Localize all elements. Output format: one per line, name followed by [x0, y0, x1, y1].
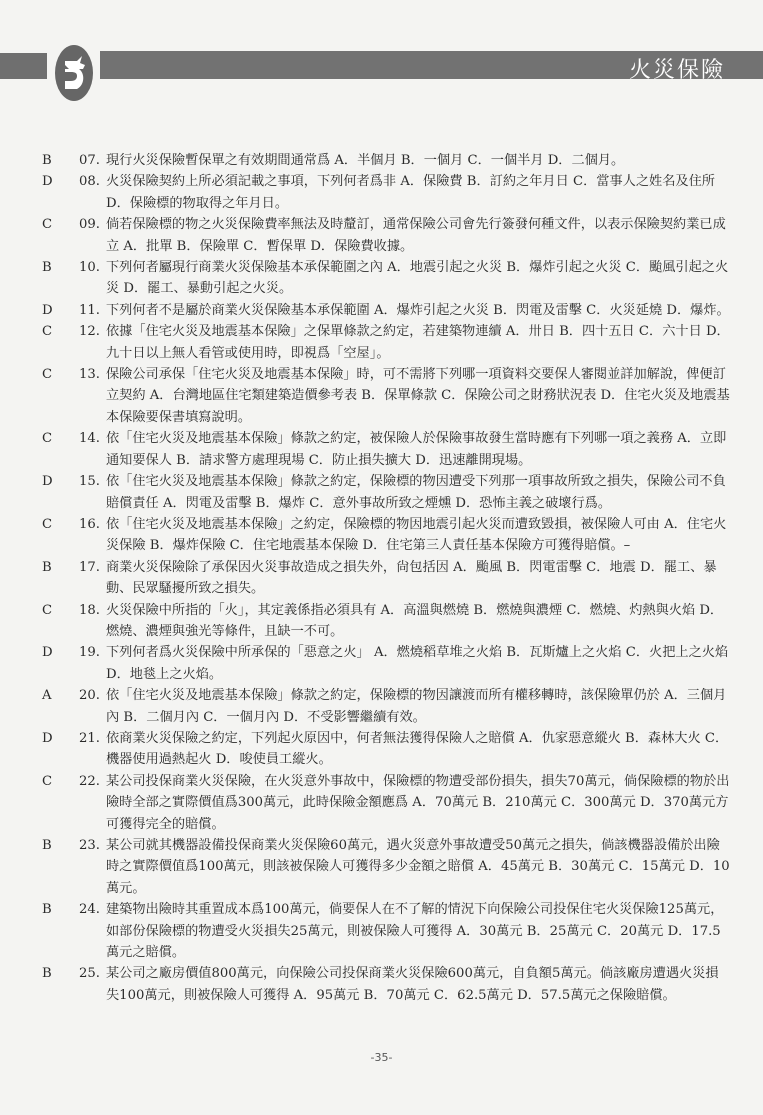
answer-key: A: [40, 685, 79, 728]
question-text: 依「住宅火災及地震基本保險」條款之約定，保險標的物因遭受下列那一項事故所致之損失…: [106, 471, 730, 514]
header-bar-main: 火災保險: [100, 51, 763, 79]
header-bar-left: [0, 53, 47, 79]
question-number: 25.: [79, 963, 106, 1006]
question-text: 依「住宅火災及地震基本保險」條款之約定，保險標的物因讓渡而所有權移轉時，該保險單…: [106, 685, 730, 728]
answer-key: B: [40, 257, 79, 300]
question-text: 建築物出險時其重置成本爲100萬元，倘要保人在不了解的情況下向保險公司投保住宅火…: [106, 899, 730, 963]
question-number: 20.: [79, 685, 106, 728]
answer-key: D: [40, 728, 79, 771]
answer-key: C: [40, 321, 79, 364]
answer-key: C: [40, 600, 79, 643]
question-item: B17.商業火災保險除了承保因火災事故造成之損失外，尙包括因 A．颱風 B．閃電…: [40, 557, 730, 600]
question-number: 16.: [79, 514, 106, 557]
question-item: C13.保險公司承保「住宅火災及地震基本保險」時，可不需將下列哪一項資料交要保人…: [40, 364, 730, 428]
question-number: 21.: [79, 728, 106, 771]
question-text: 依商業火災保險之約定，下列起火原因中，何者無法獲得保險人之賠償 A．仇家惡意縱火…: [106, 728, 730, 771]
question-item: D08.火災保險契約上所必須記載之事項，下列何者爲非 A．保險費 B．訂約之年月…: [40, 171, 730, 214]
answer-key: B: [40, 150, 79, 171]
question-text: 商業火災保險除了承保因火災事故造成之損失外，尙包括因 A．颱風 B．閃電雷擊 C…: [106, 557, 730, 600]
question-item: C09.倘若保險標的物之火災保險費率無法及時釐訂，通常保險公司會先行簽發何種文件…: [40, 214, 730, 257]
question-number: 17.: [79, 557, 106, 600]
question-number: 09.: [79, 214, 106, 257]
question-text: 下列何者不是屬於商業火災保險基本承保範圍 A．爆炸引起之火災 B．閃電及雷擊 C…: [106, 300, 730, 321]
question-number: 22.: [79, 771, 106, 835]
question-item: B25.某公司之廠房價值800萬元，向保險公司投保商業火災保險600萬元，自負額…: [40, 963, 730, 1006]
question-number: 13.: [79, 364, 106, 428]
question-item: D11.下列何者不是屬於商業火災保險基本承保範圍 A．爆炸引起之火災 B．閃電及…: [40, 300, 730, 321]
answer-key: B: [40, 557, 79, 600]
question-text: 依「住宅火災及地震基本保險」之約定，保險標的物因地震引起火災而遭致毀損，被保險人…: [106, 514, 730, 557]
question-item: B23.某公司就其機器設備投保商業火災保險60萬元，遇火災意外事故遭受50萬元之…: [40, 835, 730, 899]
question-text: 下列何者屬現行商業火災保險基本承保範圍之內 A．地震引起之火災 B．爆炸引起之火…: [106, 257, 730, 300]
question-number: 07.: [79, 150, 106, 171]
question-item: A20.依「住宅火災及地震基本保險」條款之約定，保險標的物因讓渡而所有權移轉時，…: [40, 685, 730, 728]
question-item: C12.依據「住宅火災及地震基本保險」之保單條款之約定，若建築物連續 A．卅日 …: [40, 321, 730, 364]
question-text: 某公司投保商業火災保險，在火災意外事故中，保險標的物遭受部份損失，損失70萬元，…: [106, 771, 730, 835]
question-number: 12.: [79, 321, 106, 364]
question-text: 某公司就其機器設備投保商業火災保險60萬元，遇火災意外事故遭受50萬元之損失，倘…: [106, 835, 730, 899]
question-item: B10.下列何者屬現行商業火災保險基本承保範圍之內 A．地震引起之火災 B．爆炸…: [40, 257, 730, 300]
question-number: 14.: [79, 428, 106, 471]
question-list: B07.現行火災保險暫保單之有效期間通常爲 A．半個月 B．一個月 C．一個半月…: [40, 150, 730, 1006]
question-item: D19.下列何者爲火災保險中所承保的「惡意之火」 A．燃燒稻草堆之火焰 B．瓦斯…: [40, 642, 730, 685]
question-text: 依「住宅火災及地震基本保險」條款之約定，被保險人於保險事故發生當時應有下列哪一項…: [106, 428, 730, 471]
question-number: 11.: [79, 300, 106, 321]
document-page: 火災保險 B07.現行火災保險暫保單之有效期間通常爲 A．半個月 B．一個月 C…: [0, 0, 763, 1115]
question-item: B24.建築物出險時其重置成本爲100萬元，倘要保人在不了解的情況下向保險公司投…: [40, 899, 730, 963]
question-text: 下列何者爲火災保險中所承保的「惡意之火」 A．燃燒稻草堆之火焰 B．瓦斯爐上之火…: [106, 642, 730, 685]
question-number: 23.: [79, 835, 106, 899]
page-header: 火災保險: [0, 45, 763, 87]
answer-key: D: [40, 471, 79, 514]
question-item: D15.依「住宅火災及地震基本保險」條款之約定，保險標的物因遭受下列那一項事故所…: [40, 471, 730, 514]
question-text: 依據「住宅火災及地震基本保險」之保單條款之約定，若建築物連續 A．卅日 B．四十…: [106, 321, 730, 364]
question-number: 08.: [79, 171, 106, 214]
question-number: 19.: [79, 642, 106, 685]
question-item: C18.火災保險中所指的「火」，其定義係指必須具有 A．高溫與燃燒 B．燃燒與濃…: [40, 600, 730, 643]
question-text: 某公司之廠房價值800萬元，向保險公司投保商業火災保險600萬元，自負額5萬元。…: [106, 963, 730, 1006]
answer-key: D: [40, 300, 79, 321]
question-item: C22.某公司投保商業火災保險，在火災意外事故中，保險標的物遭受部份損失，損失7…: [40, 771, 730, 835]
answer-key: C: [40, 364, 79, 428]
answer-key: D: [40, 642, 79, 685]
question-number: 10.: [79, 257, 106, 300]
question-text: 火災保險契約上所必須記載之事項，下列何者爲非 A．保險費 B．訂約之年月日 C．…: [106, 171, 730, 214]
question-number: 24.: [79, 899, 106, 963]
question-number: 15.: [79, 471, 106, 514]
section-title: 火災保險: [629, 53, 725, 84]
question-item: D21.依商業火災保險之約定，下列起火原因中，何者無法獲得保險人之賠償 A．仇家…: [40, 728, 730, 771]
question-text: 現行火災保險暫保單之有效期間通常爲 A．半個月 B．一個月 C．一個半月 D．二…: [106, 150, 730, 171]
question-text: 保險公司承保「住宅火災及地震基本保險」時，可不需將下列哪一項資料交要保人審閱並詳…: [106, 364, 730, 428]
answer-key: C: [40, 514, 79, 557]
answer-key: C: [40, 214, 79, 257]
page-number: -35-: [0, 1051, 763, 1064]
question-item: C16.依「住宅火災及地震基本保險」之約定，保險標的物因地震引起火災而遭致毀損，…: [40, 514, 730, 557]
dragon-logo-icon: [55, 45, 93, 101]
answer-key: B: [40, 899, 79, 963]
question-item: C14.依「住宅火災及地震基本保險」條款之約定，被保險人於保險事故發生當時應有下…: [40, 428, 730, 471]
question-item: B07.現行火災保險暫保單之有效期間通常爲 A．半個月 B．一個月 C．一個半月…: [40, 150, 730, 171]
question-text: 倘若保險標的物之火災保險費率無法及時釐訂，通常保險公司會先行簽發何種文件，以表示…: [106, 214, 730, 257]
answer-key: B: [40, 963, 79, 1006]
question-number: 18.: [79, 600, 106, 643]
answer-key: C: [40, 428, 79, 471]
question-text: 火災保險中所指的「火」，其定義係指必須具有 A．高溫與燃燒 B．燃燒與濃煙 C．…: [106, 600, 730, 643]
answer-key: B: [40, 835, 79, 899]
answer-key: D: [40, 171, 79, 214]
answer-key: C: [40, 771, 79, 835]
